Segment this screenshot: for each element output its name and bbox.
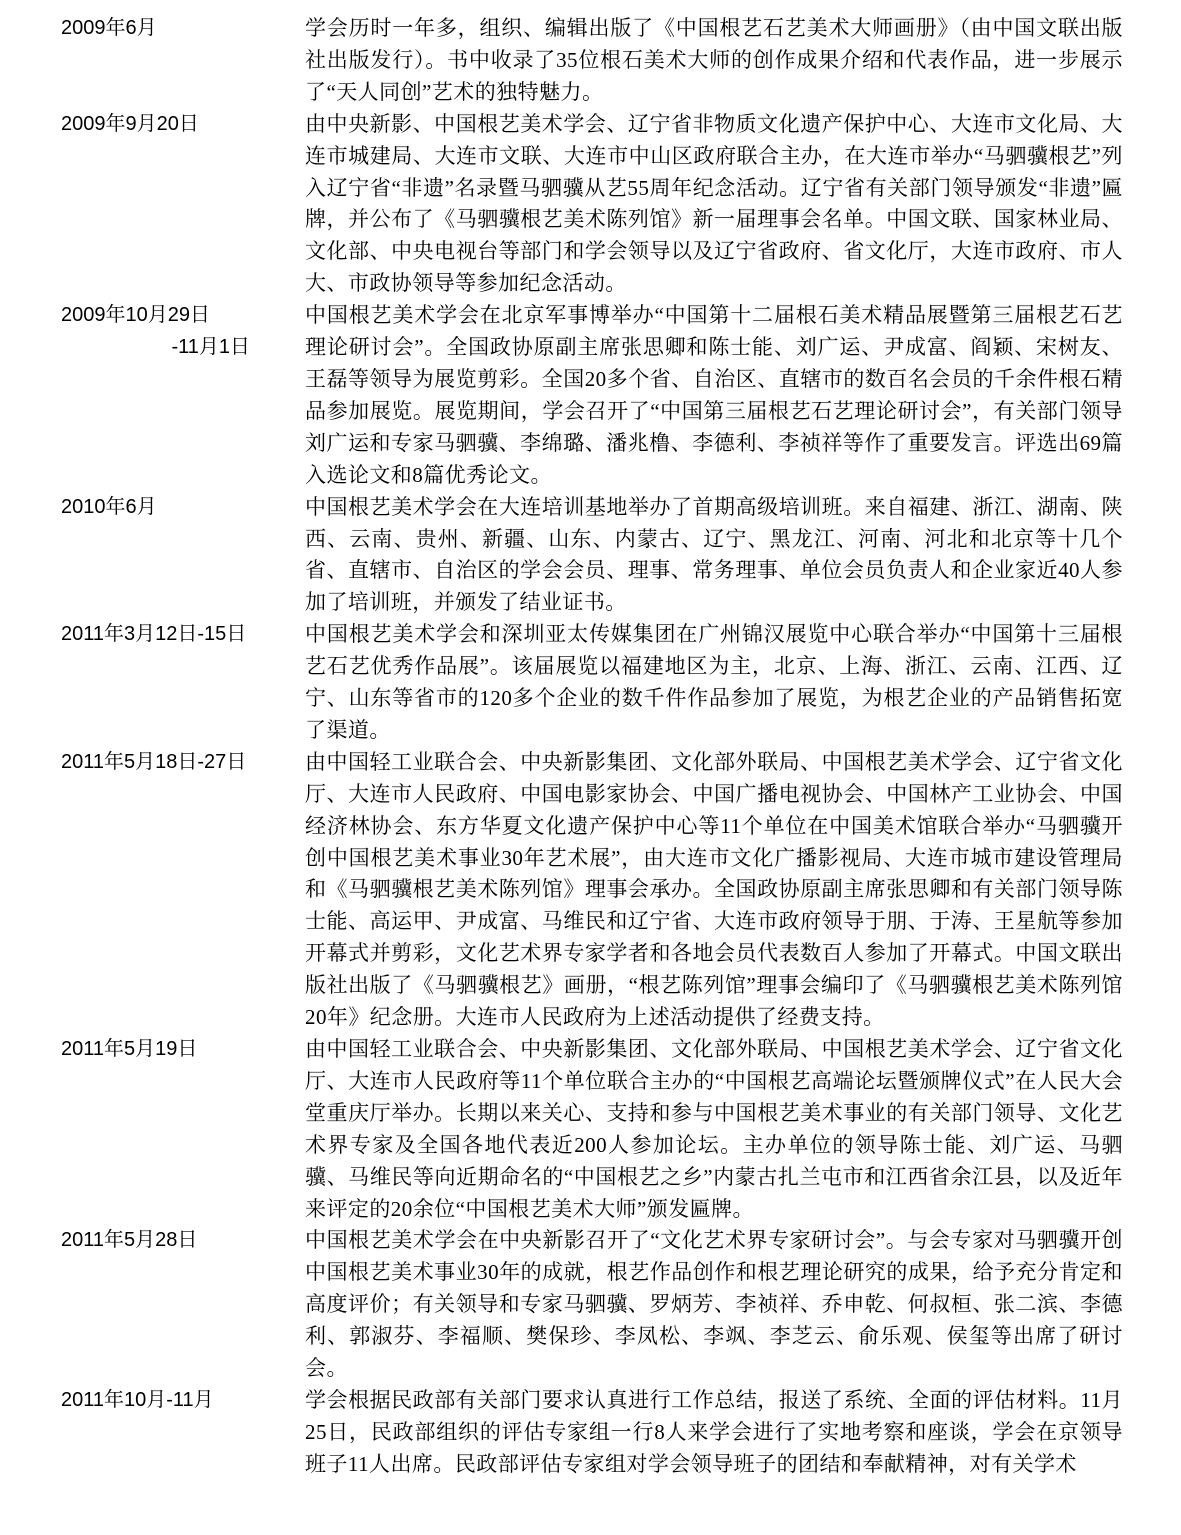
- entry-date-cell: 2010年6月: [0, 492, 305, 524]
- entry-date: 2009年9月20日: [61, 109, 250, 141]
- entry-text: 中国根艺美术学会在北京军事博举办“中国第十二届根石美术精品展暨第三届根艺石艺理论…: [305, 300, 1123, 491]
- entry-text: 中国根艺美术学会和深圳亚太传媒集团在广州锦汉展览中心联合举办“中国第十三届根艺石…: [305, 619, 1123, 747]
- chronicle-document: 2009年6月 学会历时一年多，组织、编辑出版了《中国根艺石艺美术大师画册》（由…: [0, 0, 1181, 1481]
- timeline-entry: 2009年10月29日 -11月1日 中国根艺美术学会在北京军事博举办“中国第十…: [0, 300, 1181, 491]
- entry-date: 2010年6月: [61, 492, 250, 524]
- entry-text: 中国根艺美术学会在中央新影召开了“文化艺术界专家研讨会”。与会专家对马驷骥开创中…: [305, 1225, 1123, 1385]
- entry-date-cell: 2009年10月29日 -11月1日: [0, 300, 305, 364]
- entry-date-continuation: -11月1日: [61, 332, 250, 364]
- timeline-entry: 2009年9月20日 由中央新影、中国根艺美术学会、辽宁省非物质文化遗产保护中心…: [0, 109, 1181, 300]
- entry-text: 由中国轻工业联合会、中央新影集团、文化部外联局、中国根艺美术学会、辽宁省文化厅、…: [305, 747, 1123, 1034]
- timeline-entry: 2011年5月28日 中国根艺美术学会在中央新影召开了“文化艺术界专家研讨会”。…: [0, 1225, 1181, 1385]
- entry-text: 学会历时一年多，组织、编辑出版了《中国根艺石艺美术大师画册》（由中国文联出版社出…: [305, 13, 1123, 109]
- timeline-entry: 2011年5月18日-27日 由中国轻工业联合会、中央新影集团、文化部外联局、中…: [0, 747, 1181, 1034]
- timeline-entry: 2010年6月 中国根艺美术学会在大连培训基地举办了首期高级培训班。来自福建、浙…: [0, 492, 1181, 620]
- entry-date: 2011年10月-11月: [61, 1385, 250, 1417]
- timeline-entry: 2011年5月19日 由中国轻工业联合会、中央新影集团、文化部外联局、中国根艺美…: [0, 1034, 1181, 1225]
- entry-date: 2009年10月29日: [61, 300, 250, 332]
- entry-date-cell: 2011年3月12日-15日: [0, 619, 305, 651]
- entry-text: 学会根据民政部有关部门要求认真进行工作总结，报送了系统、全面的评估材料。11月2…: [305, 1385, 1123, 1481]
- timeline-entry: 2009年6月 学会历时一年多，组织、编辑出版了《中国根艺石艺美术大师画册》（由…: [0, 13, 1181, 109]
- entry-text: 中国根艺美术学会在大连培训基地举办了首期高级培训班。来自福建、浙江、湖南、陕西、…: [305, 492, 1123, 620]
- entry-date: 2009年6月: [61, 13, 250, 45]
- timeline-entry: 2011年3月12日-15日 中国根艺美术学会和深圳亚太传媒集团在广州锦汉展览中…: [0, 619, 1181, 747]
- entry-date: 2011年5月18日-27日: [61, 747, 250, 779]
- entry-text: 由中央新影、中国根艺美术学会、辽宁省非物质文化遗产保护中心、大连市文化局、大连市…: [305, 109, 1123, 300]
- entry-date: 2011年5月28日: [61, 1225, 250, 1257]
- entry-date-cell: 2011年10月-11月: [0, 1385, 305, 1417]
- entry-date: 2011年3月12日-15日: [61, 619, 250, 651]
- entry-date: 2011年5月19日: [61, 1034, 250, 1066]
- entry-date-cell: 2011年5月18日-27日: [0, 747, 305, 779]
- entry-text: 由中国轻工业联合会、中央新影集团、文化部外联局、中国根艺美术学会、辽宁省文化厅、…: [305, 1034, 1123, 1225]
- entry-date-cell: 2009年6月: [0, 13, 305, 45]
- entry-date-cell: 2009年9月20日: [0, 109, 305, 141]
- timeline-entry: 2011年10月-11月 学会根据民政部有关部门要求认真进行工作总结，报送了系统…: [0, 1385, 1181, 1481]
- entry-date-cell: 2011年5月19日: [0, 1034, 305, 1066]
- entry-date-cell: 2011年5月28日: [0, 1225, 305, 1257]
